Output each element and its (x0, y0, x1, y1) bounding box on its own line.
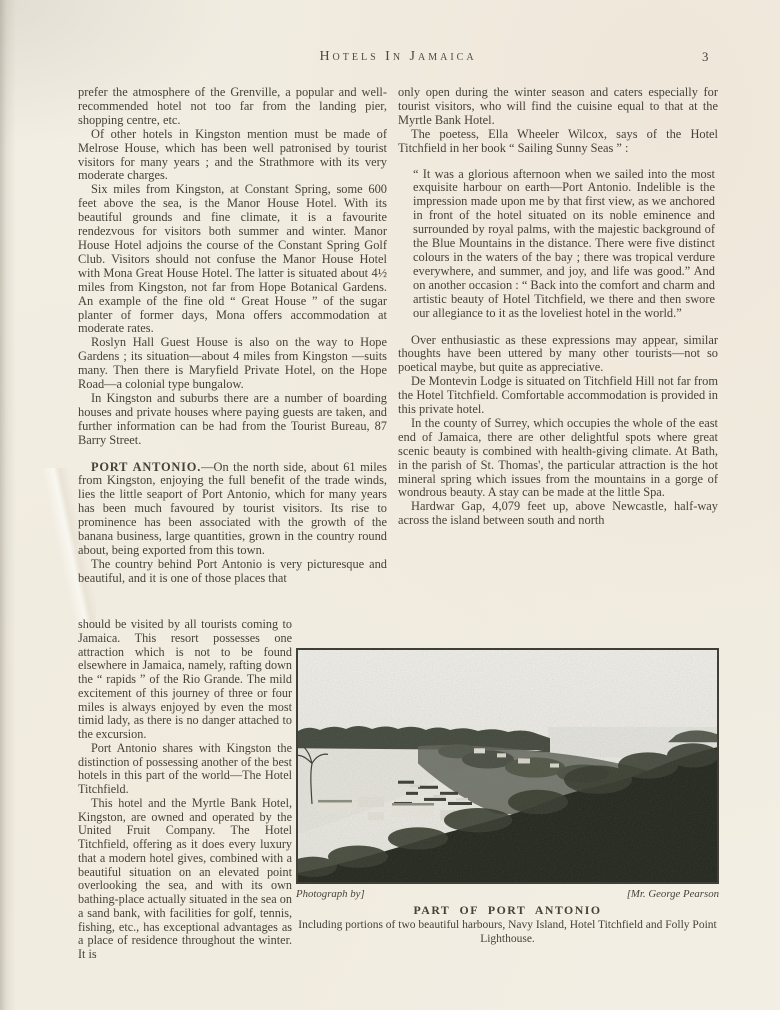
paragraph: The poetess, Ella Wheeler Wilcox, says o… (398, 128, 718, 156)
section-heading: PORT ANTONIO. (91, 460, 201, 474)
photo-credits: Photograph by] [Mr. George Pearson (296, 888, 719, 900)
paragraph: Six miles from Kingston, at Constant Spr… (78, 183, 387, 336)
paragraph: The country behind Port Antonio is very … (78, 558, 387, 586)
block-quote: “ It was a glorious afternoon when we sa… (413, 168, 715, 321)
photo-caption: Including portions of two beautiful harb… (296, 919, 719, 946)
running-title: Hotels In Jamaica (78, 49, 718, 65)
scan-edge-shadow (0, 0, 16, 1010)
paragraph: Of other hotels in Kingston mention must… (78, 128, 387, 184)
harbour-photo-illustration (298, 650, 717, 882)
port-antonio-paragraph: PORT ANTONIO.—On the north side, about 6… (78, 461, 387, 558)
paragraph: In the county of Surrey, which occupies … (398, 417, 718, 500)
paragraph-list: should be visited by all tourists coming… (78, 618, 292, 962)
paragraph: Port Antonio shares with Kingston the di… (78, 742, 292, 797)
paragraph: This hotel and the Myrtle Bank Hotel, Ki… (78, 797, 292, 962)
photo-credit-right: [Mr. George Pearson (627, 888, 719, 900)
paragraph: Over enthusiastic as these expressions m… (398, 334, 718, 376)
left-column-narrow: should be visited by all tourists coming… (78, 618, 292, 962)
paragraph-list: Over enthusiastic as these expressions m… (398, 334, 718, 529)
paragraph-list: prefer the atmosphere of the Grenville, … (78, 86, 387, 448)
page-number: 3 (702, 50, 708, 65)
paragraph: Hardwar Gap, 4,079 feet up, above Newcas… (398, 500, 718, 528)
photo-credit-left: Photograph by] (296, 888, 365, 900)
photo-figure: Photograph by] [Mr. George Pearson PART … (296, 648, 719, 946)
paragraph: In Kingston and suburbs there are a numb… (78, 392, 387, 448)
right-column: only open during the winter season and c… (398, 86, 718, 528)
section-text: —On the north side, about 61 miles from … (78, 460, 387, 557)
photo-title: PART OF PORT ANTONIO (296, 903, 719, 918)
left-column-upper: prefer the atmosphere of the Grenville, … (78, 86, 387, 586)
paragraph: only open during the winter season and c… (398, 86, 718, 128)
scanned-page: Hotels In Jamaica 3 prefer the atmospher… (0, 0, 780, 1010)
harbour-photo (296, 648, 719, 884)
paragraph: De Montevin Lodge is situated on Titchfi… (398, 375, 718, 417)
paragraph: Roslyn Hall Guest House is also on the w… (78, 336, 387, 392)
paragraph: should be visited by all tourists coming… (78, 618, 292, 742)
paragraph: prefer the atmosphere of the Grenville, … (78, 86, 387, 128)
